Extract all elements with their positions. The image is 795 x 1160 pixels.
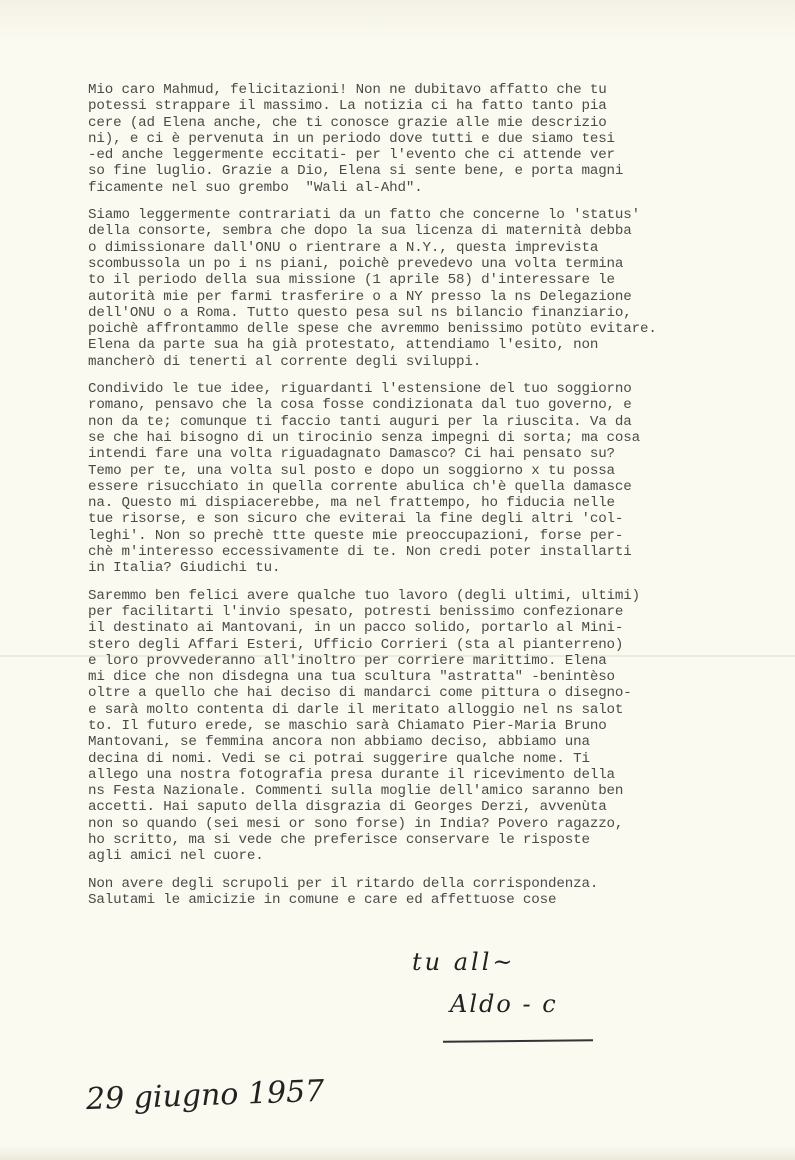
text-line: romano, pensavo che la cosa fosse condiz… [88, 397, 788, 413]
text-line: allego una nostra fotografia presa duran… [88, 767, 788, 783]
text-line: Elena da parte sua ha già protestato, at… [88, 337, 788, 353]
text-line: na. Questo mi dispiacerebbe, ma nel frat… [88, 495, 788, 511]
text-line: Condivido le tue idee, riguardanti l'est… [88, 381, 788, 397]
text-line: ho scritto, ma si vede che preferisce co… [88, 832, 788, 848]
text-line: decina di nomi. Vedi se ci potrai sugger… [88, 751, 788, 767]
text-line: il destinato ai Mantovani, in un pacco s… [88, 620, 788, 636]
letter-paragraph: Non avere degli scrupoli per il ritardo … [88, 876, 788, 909]
text-line: per facilitarti l'invio spesato, potrest… [88, 604, 788, 620]
signature-underline [443, 1039, 593, 1043]
letter-paragraph: Siamo leggermente contrariati da un fatt… [88, 207, 788, 370]
text-line: ni), e ci è pervenuta in un periodo dove… [88, 131, 788, 147]
text-line: leghi'. Non so prechè ttte queste mie pr… [88, 528, 788, 544]
letter-paragraph: Mio caro Mahmud, felicitazioni! Non ne d… [88, 82, 788, 196]
text-line: e loro provvederanno all'inoltro per cor… [88, 653, 788, 669]
text-line: Mantovani, se femmina ancora non abbiamo… [88, 734, 788, 750]
text-line: in Italia? Giudichi tu. [88, 560, 788, 576]
text-line: intendi fare una volta riguadagnato Dama… [88, 446, 788, 462]
letter-paragraph: Condivido le tue idee, riguardanti l'est… [88, 381, 788, 577]
text-line: tue risorse, e son sicuro che eviterai l… [88, 511, 788, 527]
text-line: mi dice che non disdegna una tua scultur… [88, 669, 788, 685]
text-line: essere risucchiato in quella corrente ab… [88, 479, 788, 495]
text-line: mancherò di tenerti al corrente degli sv… [88, 354, 788, 370]
text-line: autorità mie per farmi trasferire o a NY… [88, 289, 788, 305]
text-line: agli amici nel cuore. [88, 848, 788, 864]
text-line: to. Il futuro erede, se maschio sarà Chi… [88, 718, 788, 734]
text-line: oltre a quello che hai deciso di mandarc… [88, 685, 788, 701]
text-line: so fine luglio. Grazie a Dio, Elena si s… [88, 163, 788, 179]
text-line: chè m'interesso eccessivamente di te. No… [88, 544, 788, 560]
letter-body: Mio caro Mahmud, felicitazioni! Non ne d… [88, 82, 788, 919]
signature-line-2: Aldo - c [450, 990, 558, 1018]
text-line: Salutami le amicizie in comune e care ed… [88, 892, 788, 908]
text-line: o dimissionare dall'ONU o rientrare a N.… [88, 240, 788, 256]
letter-paragraph: Saremmo ben felici avere qualche tuo lav… [88, 588, 788, 865]
text-line: Non avere degli scrupoli per il ritardo … [88, 876, 788, 892]
letter-paper: Mio caro Mahmud, felicitazioni! Non ne d… [0, 0, 795, 1160]
text-line: to il periodo della sua missione (1 apri… [88, 272, 788, 288]
text-line: poichè affrontammo delle spese che avrem… [88, 321, 788, 337]
text-line: se che hai bisogno di un tirocinio senza… [88, 430, 788, 446]
text-line: potessi strappare il massimo. La notizia… [88, 98, 788, 114]
text-line: Mio caro Mahmud, felicitazioni! Non ne d… [88, 82, 788, 98]
text-line: e sarà molto contenta di darle il merita… [88, 702, 788, 718]
signature-line-1: tu all~ [412, 948, 516, 976]
text-line: cere (ad Elena anche, che ti conosce gra… [88, 115, 788, 131]
text-line: dell'ONU o a Roma. Tutto questo pesa sul… [88, 305, 788, 321]
text-line: ns Festa Nazionale. Commenti sulla mogli… [88, 783, 788, 799]
text-line: -ed anche leggermente eccitati- per l'ev… [88, 147, 788, 163]
text-line: della consorte, sembra che dopo la sua l… [88, 223, 788, 239]
text-line: Siamo leggermente contrariati da un fatt… [88, 207, 788, 223]
text-line: accetti. Hai saputo della disgrazia di G… [88, 799, 788, 815]
text-line: stero degli Affari Esteri, Ufficio Corri… [88, 637, 788, 653]
text-line: non so quando (sei mesi or sono forse) i… [88, 816, 788, 832]
text-line: Temo per te, una volta sul posto e dopo … [88, 463, 788, 479]
text-line: non da te; comunque ti faccio tanti augu… [88, 414, 788, 430]
text-line: Saremmo ben felici avere qualche tuo lav… [88, 588, 788, 604]
text-line: ficamente nel suo grembo "Wali al-Ahd". [88, 180, 788, 196]
text-line: scombussola un po i ns piani, poichè pre… [88, 256, 788, 272]
handwritten-date: 29 giugno 1957 [85, 1074, 324, 1117]
